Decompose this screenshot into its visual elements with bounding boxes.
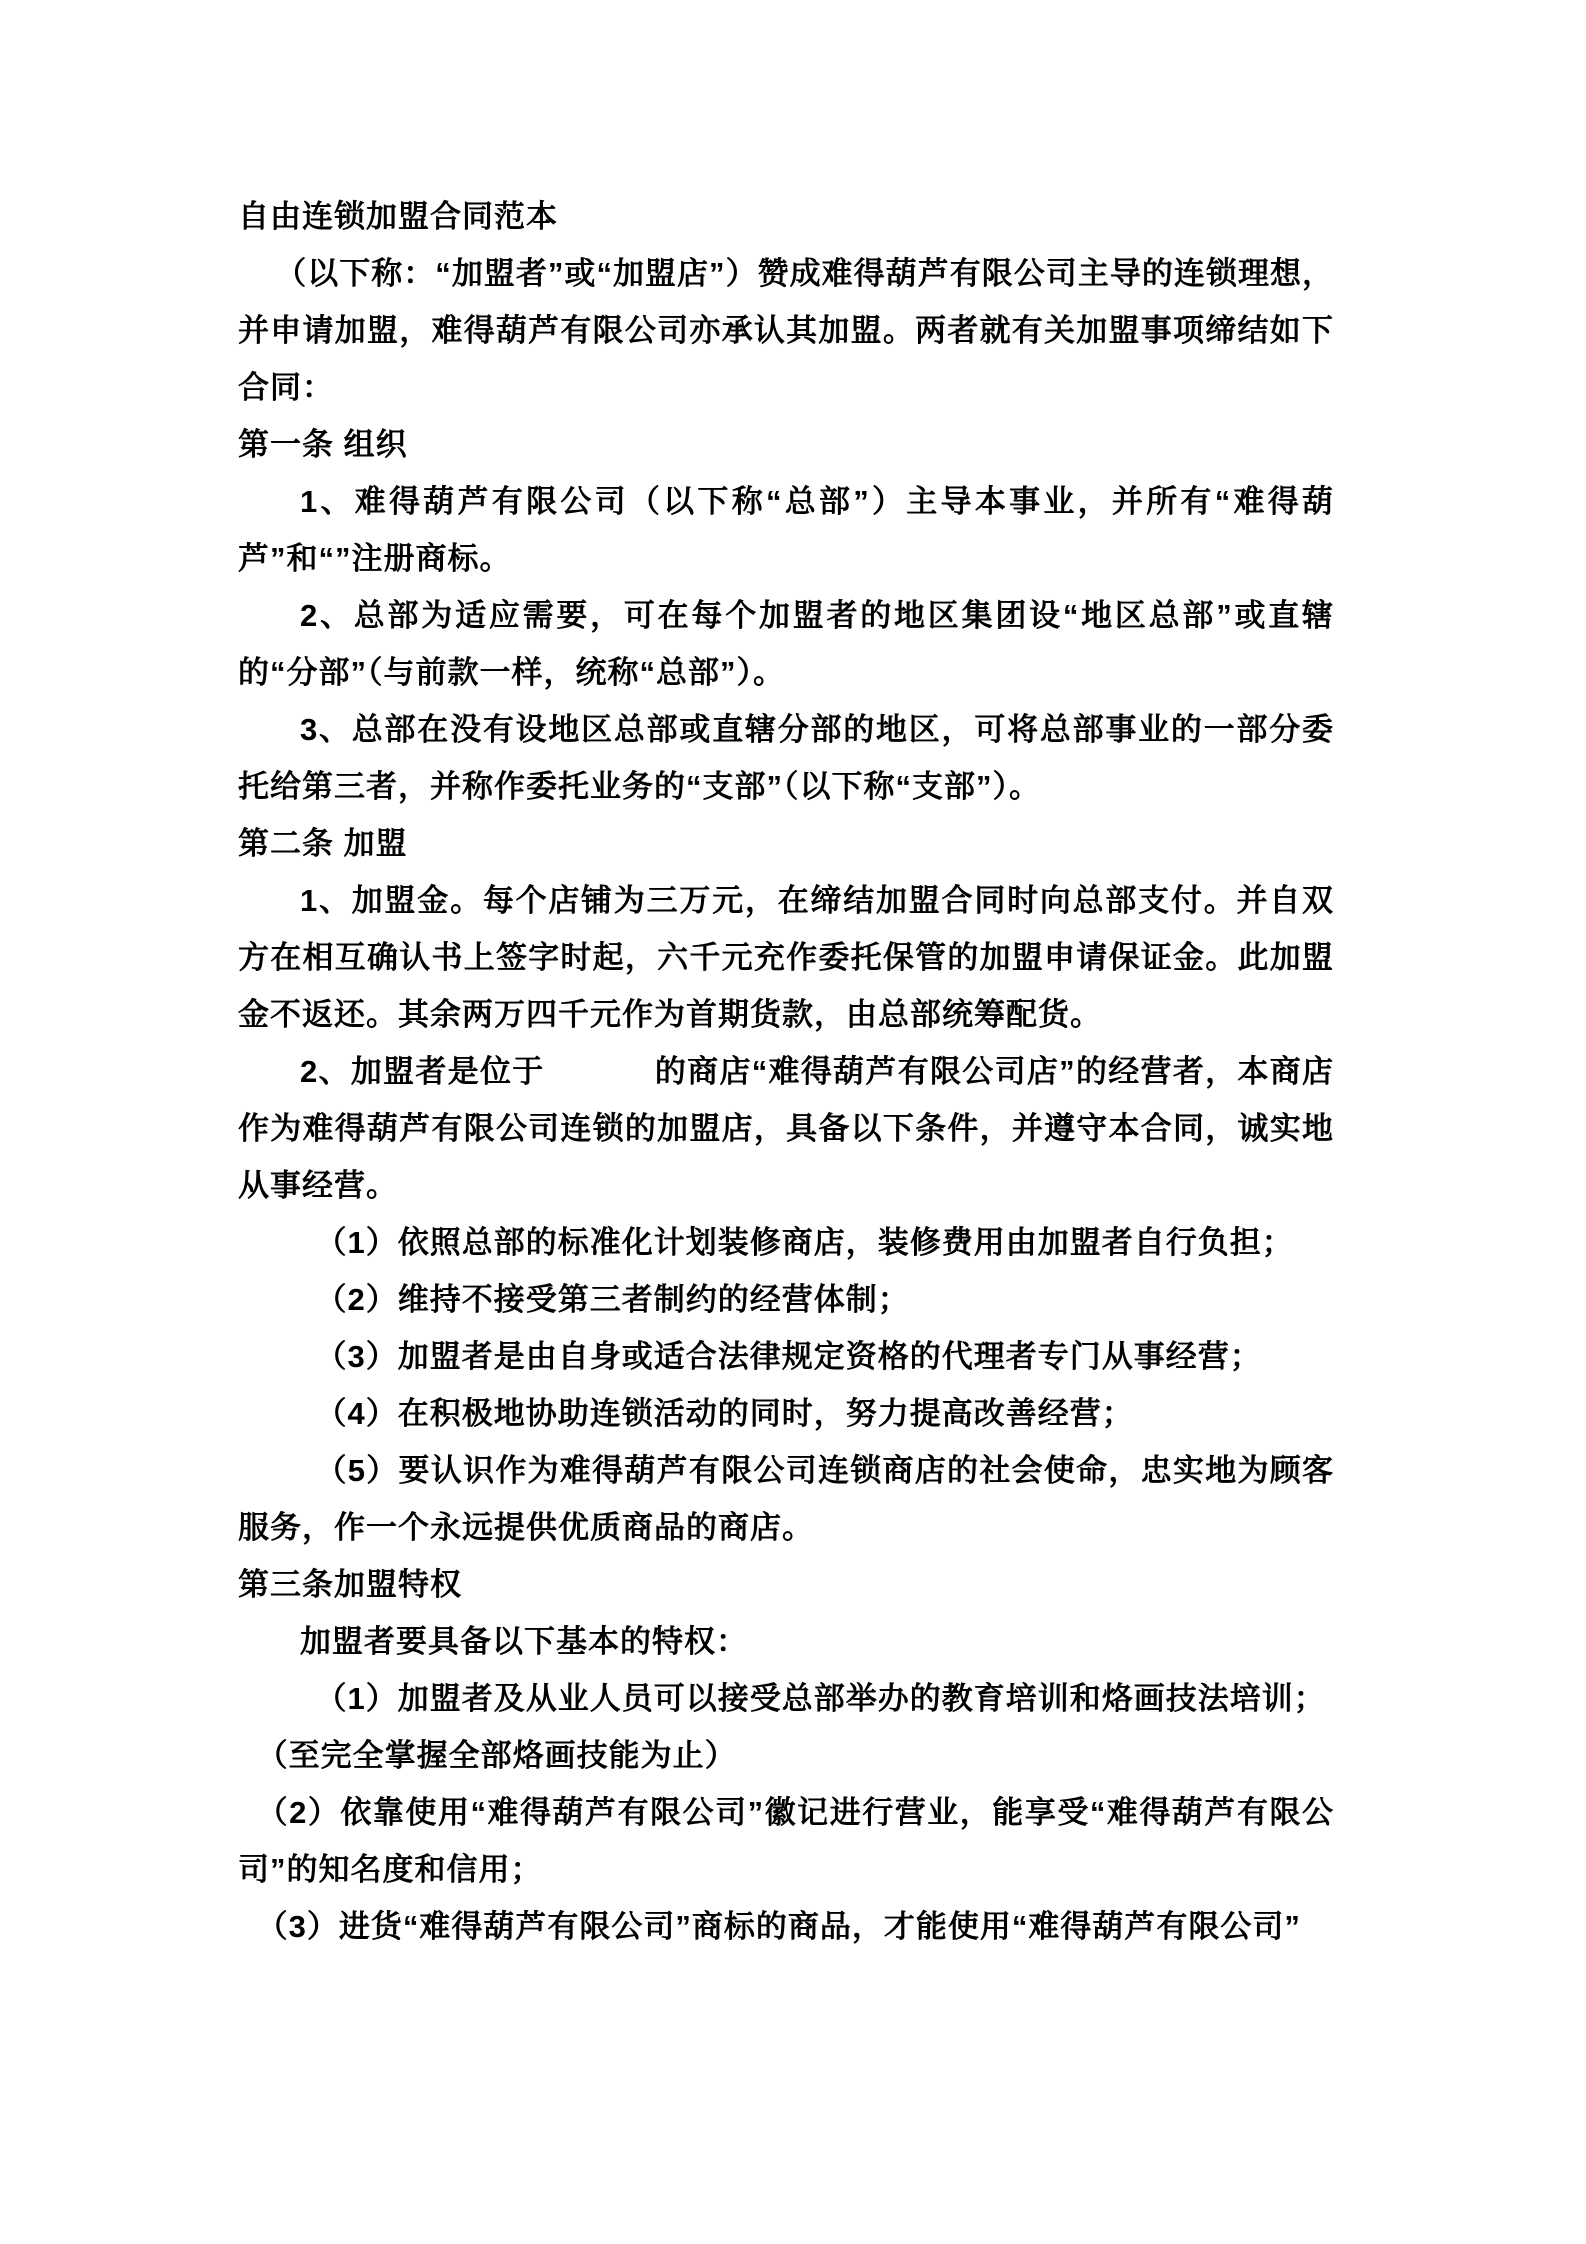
paragraph: （以下称：“加盟者”或“加盟店”）赞成难得葫芦有限公司主导的连锁理想，并申请加盟… bbox=[238, 245, 1334, 416]
paragraph: 1、难得葫芦有限公司（以下称“总部”）主导本事业，并所有“难得葫芦”和“”注册商… bbox=[238, 473, 1334, 587]
paragraph: （至完全掌握全部烙画技能为止） bbox=[238, 1727, 1334, 1784]
section-heading: 第三条加盟特权 bbox=[238, 1556, 1334, 1613]
document-title: 自由连锁加盟合同范本 bbox=[238, 188, 1334, 245]
paragraph: （2）依靠使用“难得葫芦有限公司”徽记进行营业，能享受“难得葫芦有限公司”的知名… bbox=[238, 1784, 1334, 1898]
section-heading: 第二条 加盟 bbox=[238, 815, 1334, 872]
paragraph: （1）依照总部的标准化计划装修商店，装修费用由加盟者自行负担； bbox=[238, 1214, 1334, 1271]
document-body: 自由连锁加盟合同范本（以下称：“加盟者”或“加盟店”）赞成难得葫芦有限公司主导的… bbox=[238, 188, 1334, 1955]
section-heading: 第一条 组织 bbox=[238, 416, 1334, 473]
paragraph: （1）加盟者及从业人员可以接受总部举办的教育培训和烙画技法培训； bbox=[238, 1670, 1334, 1727]
paragraph: 2、总部为适应需要，可在每个加盟者的地区集团设“地区总部”或直辖的“分部”（与前… bbox=[238, 587, 1334, 701]
paragraph: 3、总部在没有设地区总部或直辖分部的地区，可将总部事业的一部分委托给第三者，并称… bbox=[238, 701, 1334, 815]
fill-in-blank-space bbox=[545, 1081, 655, 1082]
paragraph: 1、加盟金。每个店铺为三万元，在缔结加盟合同时向总部支付。并自双方在相互确认书上… bbox=[238, 872, 1334, 1043]
paragraph: （4）在积极地协助连锁活动的同时，努力提高改善经营； bbox=[238, 1385, 1334, 1442]
paragraph: 加盟者要具备以下基本的特权： bbox=[238, 1613, 1334, 1670]
paragraph: 2、加盟者是位于的商店“难得葫芦有限公司店”的经营者，本商店作为难得葫芦有限公司… bbox=[238, 1043, 1334, 1214]
document-page: 自由连锁加盟合同范本（以下称：“加盟者”或“加盟店”）赞成难得葫芦有限公司主导的… bbox=[0, 0, 1586, 2244]
paragraph: （3）进货“难得葫芦有限公司”商标的商品，才能使用“难得葫芦有限公司” bbox=[238, 1898, 1334, 1955]
paragraph: （3）加盟者是由自身或适合法律规定资格的代理者专门从事经营； bbox=[238, 1328, 1334, 1385]
paragraph: （2）维持不接受第三者制约的经营体制； bbox=[238, 1271, 1334, 1328]
text-segment: 2、加盟者是位于 bbox=[300, 1054, 545, 1089]
paragraph: （5）要认识作为难得葫芦有限公司连锁商店的社会使命，忠实地为顾客服务，作一个永远… bbox=[238, 1442, 1334, 1556]
